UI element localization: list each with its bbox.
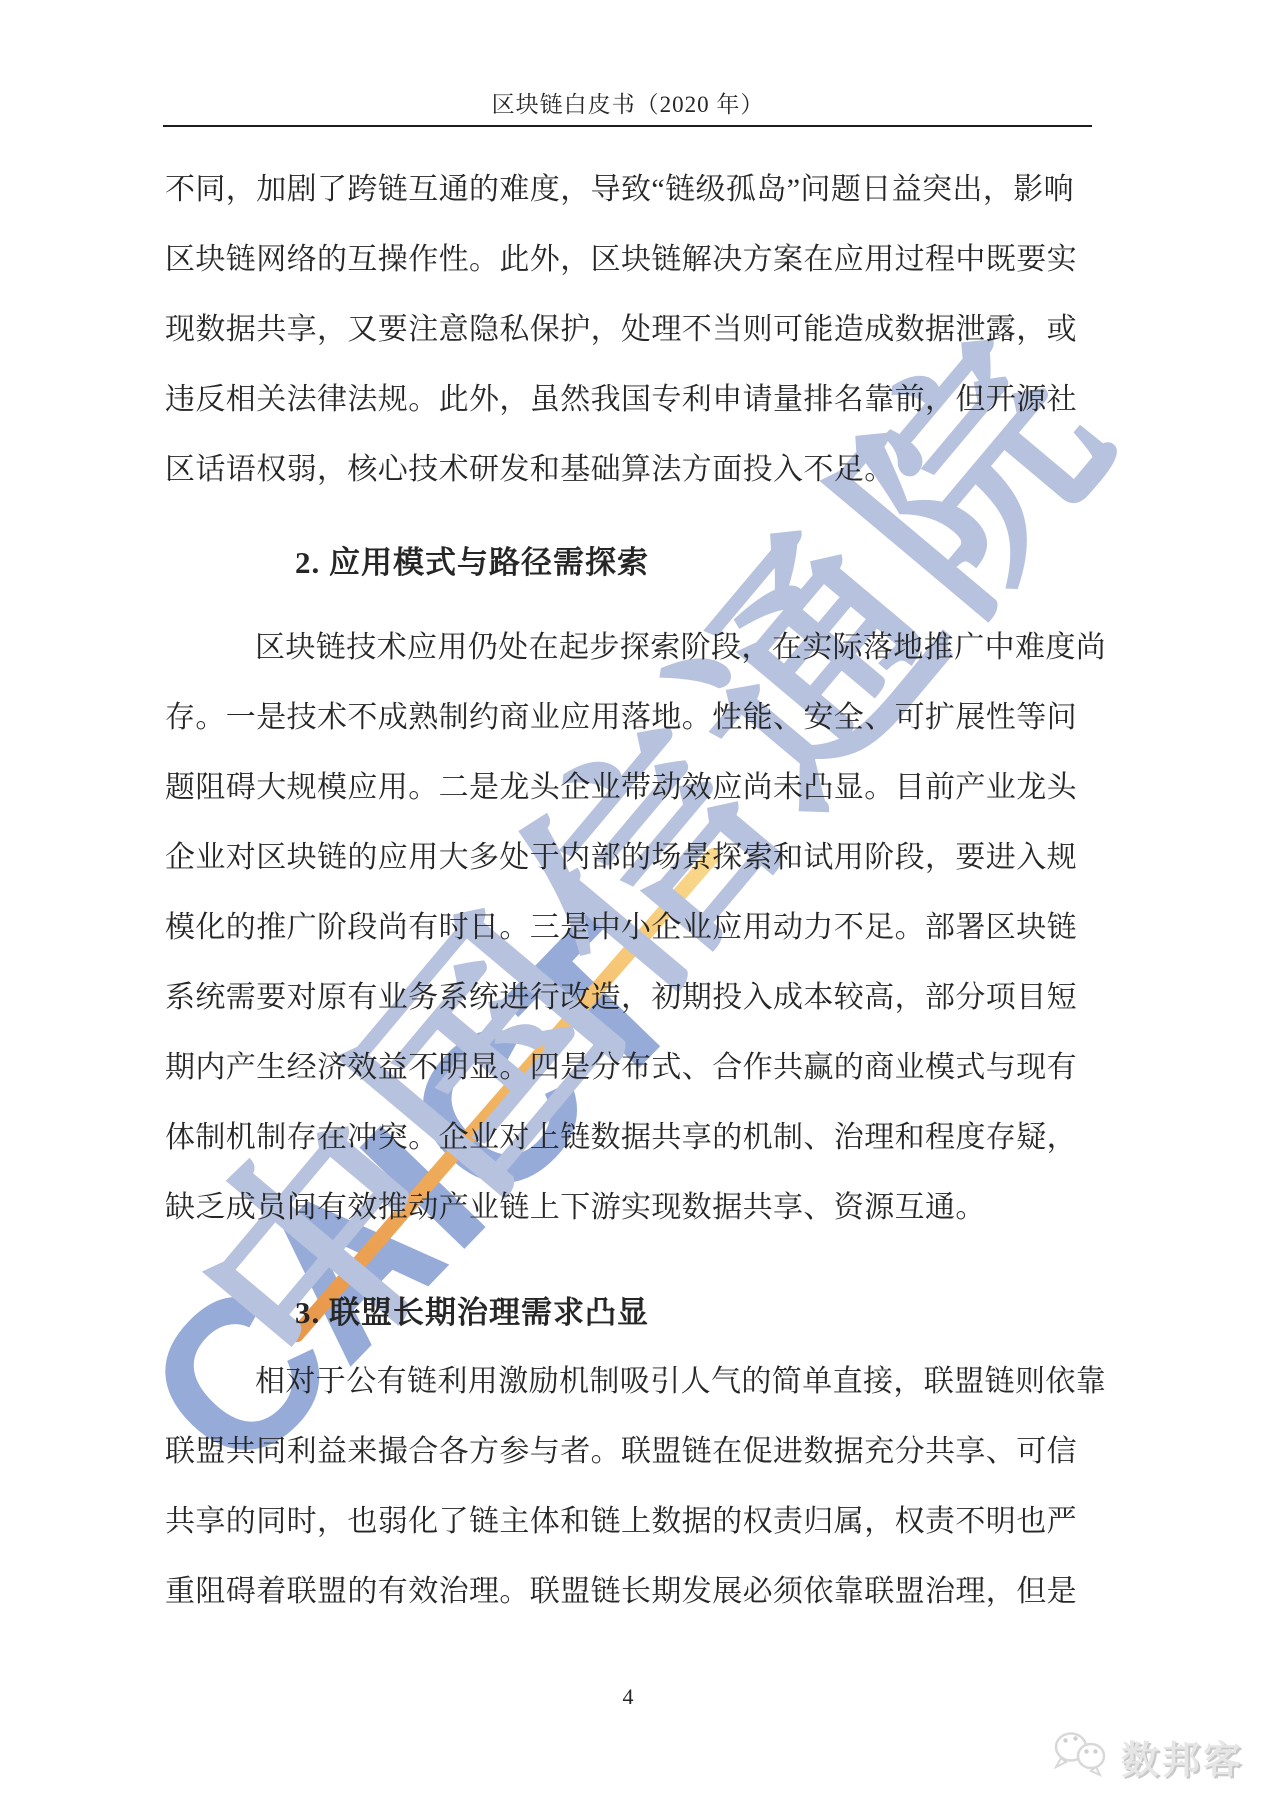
- header-rule: [163, 125, 1092, 127]
- paragraph-2: 区块链技术应用仍处在起步探索阶段，在实际落地推广中难度尚 存。一是技术不成熟制约…: [165, 613, 1105, 1243]
- body-line: 重阻碍着联盟的有效治理。联盟链长期发展必须依靠联盟治理，但是: [165, 1557, 1105, 1627]
- body-line: 不同，加剧了跨链互通的难度，导致“链级孤岛”问题日益突出，影响: [165, 155, 1105, 225]
- body-line: 期内产生经济效益不明显。四是分布式、合作共赢的商业模式与现有: [165, 1033, 1105, 1103]
- body-line: 违反相关法律法规。此外，虽然我国专利申请量排名靠前，但开源社: [165, 365, 1105, 435]
- paragraph-1: 不同，加剧了跨链互通的难度，导致“链级孤岛”问题日益突出，影响 区块链网络的互操…: [165, 155, 1105, 505]
- body-line: 相对于公有链利用激励机制吸引人气的简单直接，联盟链则依靠: [165, 1347, 1105, 1417]
- body-line: 共享的同时，也弱化了链主体和链上数据的权责归属，权责不明也严: [165, 1487, 1105, 1557]
- body-line: 缺乏成员间有效推动产业链上下游实现数据共享、资源互通。: [165, 1173, 1105, 1243]
- chat-bubbles-icon: [1051, 1729, 1113, 1784]
- body-line: 联盟共同利益来撮合各方参与者。联盟链在促进数据充分共享、可信: [165, 1417, 1105, 1487]
- body-line: 现数据共享，又要注意隐私保护，处理不当则可能造成数据泄露，或: [165, 295, 1105, 365]
- body-line: 体制机制存在冲突。企业对上链数据共享的机制、治理和程度存疑，: [165, 1103, 1105, 1173]
- page-number: 4: [165, 1684, 1091, 1710]
- body-line: 题阻碍大规模应用。二是龙头企业带动效应尚未凸显。目前产业龙头: [165, 753, 1105, 823]
- brand-logo: 数邦客: [1051, 1728, 1244, 1784]
- body-line: 企业对区块链的应用大多处于内部的场景探索和试用阶段，要进入规: [165, 823, 1105, 893]
- document-page: CAICT 中国信通院 区块链白皮书（2020 年） 不同，加剧了跨链互通的难度…: [0, 0, 1280, 1811]
- body-line: 区块链网络的互操作性。此外，区块链解决方案在应用过程中既要实: [165, 225, 1105, 295]
- body-line: 存。一是技术不成熟制约商业应用落地。性能、安全、可扩展性等问: [165, 683, 1105, 753]
- body-line: 区话语权弱，核心技术研发和基础算法方面投入不足。: [165, 435, 1105, 505]
- page-header-title: 区块链白皮书（2020 年）: [165, 86, 1091, 119]
- paragraph-3: 相对于公有链利用激励机制吸引人气的简单直接，联盟链则依靠 联盟共同利益来撮合各方…: [165, 1347, 1105, 1627]
- body-line: 系统需要对原有业务系统进行改造，初期投入成本较高，部分项目短: [165, 963, 1105, 1033]
- section-heading-3: 3. 联盟长期治理需求凸显: [295, 1287, 649, 1332]
- brand-name-text: 数邦客: [1121, 1729, 1244, 1784]
- section-heading-2: 2. 应用模式与路径需探索: [295, 537, 649, 582]
- page-content: 区块链白皮书（2020 年） 不同，加剧了跨链互通的难度，导致“链级孤岛”问题日…: [0, 0, 1280, 1811]
- body-line: 区块链技术应用仍处在起步探索阶段，在实际落地推广中难度尚: [165, 613, 1105, 683]
- body-line: 模化的推广阶段尚有时日。三是中小企业应用动力不足。部署区块链: [165, 893, 1105, 963]
